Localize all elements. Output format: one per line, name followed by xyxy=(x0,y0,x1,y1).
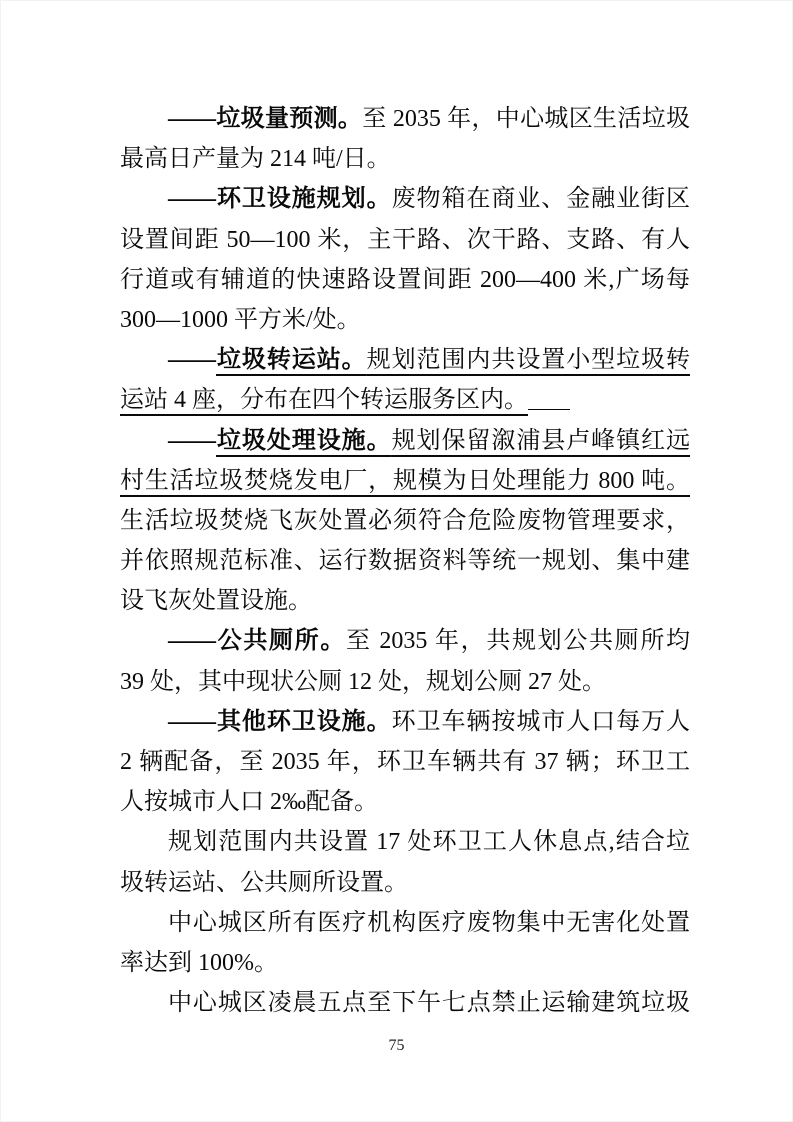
section-heading: 其他环卫设施。 xyxy=(216,709,392,735)
body-text-run: 并依照规范标准、运行数据资料等统一规划、集中建 xyxy=(120,548,690,574)
body-text-run: 圾转运站、公共厕所设置。 xyxy=(120,870,408,896)
em-dash: —— xyxy=(168,347,216,373)
text-line: ——垃圾处理设施。规划保留溆浦县卢峰镇红远 xyxy=(120,421,690,461)
text-line: 并依照规范标准、运行数据资料等统一规划、集中建 xyxy=(120,541,690,581)
body-text-run: 设飞灰处置设施。 xyxy=(120,588,312,614)
body-text-run: 生活垃圾焚烧飞灰处置必须符合危险废物管理要求， xyxy=(120,508,690,534)
text-line: 运站 4 座，分布在四个转运服务区内。 xyxy=(120,380,690,420)
body-text-run: 行道或有辅道的快速路设置间距 200—400 米,广场每 xyxy=(120,267,690,293)
page-body: ——垃圾量预测。至 2035 年，中心城区生活垃圾 最高日产量为 214 吨/日… xyxy=(120,99,690,1023)
text-line: 最高日产量为 214 吨/日。 xyxy=(120,139,690,179)
text-line: 行道或有辅道的快速路设置间距 200—400 米,广场每 xyxy=(120,260,690,300)
underlined-text: 村生活垃圾焚烧发电厂，规模为日处理能力 800 吨。 xyxy=(120,468,690,494)
text-line: 中心城区所有医疗机构医疗废物集中无害化处置 xyxy=(120,903,690,943)
text-line: ——其他环卫设施。环卫车辆按城市人口每万人 xyxy=(120,702,690,742)
em-dash: —— xyxy=(168,106,216,132)
em-dash: —— xyxy=(168,428,216,454)
text-line: 设置间距 50—100 米，主干路、次干路、支路、有人 xyxy=(120,220,690,260)
text-line: 中心城区凌晨五点至下午七点禁止运输建筑垃圾 xyxy=(120,983,690,1023)
text-line: 率达到 100%。 xyxy=(120,943,690,983)
section-heading: 环卫设施规划。 xyxy=(216,186,392,212)
body-text-run: 环卫车辆按城市人口每万人 xyxy=(392,709,690,735)
text-line: ——垃圾量预测。至 2035 年，中心城区生活垃圾 xyxy=(120,99,690,139)
body-text-run: 规划范围内共设置 17 处环卫工人休息点,结合垃 xyxy=(168,829,690,855)
body-text-run: 设置间距 50—100 米，主干路、次干路、支路、有人 xyxy=(120,227,690,253)
body-text-run: 至 2035 年，中心城区生活垃圾 xyxy=(362,106,690,132)
body-text-run: 最高日产量为 214 吨/日。 xyxy=(120,146,391,172)
underlined-text: 规划范围内共设置小型垃圾转 xyxy=(367,347,690,373)
underlined-text: 运站 4 座，分布在四个转运服务区内。 xyxy=(120,387,528,413)
em-dash: —— xyxy=(168,186,216,212)
text-line: 生活垃圾焚烧飞灰处置必须符合危险废物管理要求， xyxy=(120,501,690,541)
text-line: 39 处，其中现状公厕 12 处，规划公厕 27 处。 xyxy=(120,662,690,702)
text-line: 300—1000 平方米/处。 xyxy=(120,300,690,340)
body-text-run: 2 辆配备，至 2035 年，环卫车辆共有 37 辆；环卫工 xyxy=(120,749,690,775)
body-text-run: 中心城区所有医疗机构医疗废物集中无害化处置 xyxy=(168,910,690,936)
section-heading: 垃圾转运站。 xyxy=(216,347,367,373)
text-line: 圾转运站、公共厕所设置。 xyxy=(120,863,690,903)
section-heading: 垃圾处理设施。 xyxy=(216,428,392,454)
em-dash: —— xyxy=(168,709,216,735)
underlined-text: 规划保留溆浦县卢峰镇红远 xyxy=(392,428,690,454)
body-text-run: 人按城市人口 2‰配备。 xyxy=(120,789,378,815)
body-text-run: 至 2035 年，共规划公共厕所均 xyxy=(346,628,690,654)
body-text-run: 300—1000 平方米/处。 xyxy=(120,307,361,333)
text-line: ——公共厕所。至 2035 年，共规划公共厕所均 xyxy=(120,621,690,661)
section-heading: 公共厕所。 xyxy=(216,628,346,654)
body-text-run: 率达到 100%。 xyxy=(120,950,278,976)
body-text-run: 39 处，其中现状公厕 12 处，规划公厕 27 处。 xyxy=(120,669,606,695)
text-line: 规划范围内共设置 17 处环卫工人休息点,结合垃 xyxy=(120,822,690,862)
text-line: 人按城市人口 2‰配备。 xyxy=(120,782,690,822)
body-text-run: 废物箱在商业、金融业街区 xyxy=(392,186,690,212)
document-page: ——垃圾量预测。至 2035 年，中心城区生活垃圾 最高日产量为 214 吨/日… xyxy=(0,0,793,1122)
text-line: 村生活垃圾焚烧发电厂，规模为日处理能力 800 吨。 xyxy=(120,461,690,501)
text-line: 设飞灰处置设施。 xyxy=(120,581,690,621)
page-number: 75 xyxy=(1,1036,792,1056)
body-text-run: 中心城区凌晨五点至下午七点禁止运输建筑垃圾 xyxy=(168,990,690,1016)
text-line: 2 辆配备，至 2035 年，环卫车辆共有 37 辆；环卫工 xyxy=(120,742,690,782)
em-dash: —— xyxy=(168,628,216,654)
text-line: ——环卫设施规划。废物箱在商业、金融业街区 xyxy=(120,179,690,219)
section-heading: 垃圾量预测。 xyxy=(216,106,362,132)
underline-extension xyxy=(528,385,570,410)
text-line: ——垃圾转运站。规划范围内共设置小型垃圾转 xyxy=(120,340,690,380)
